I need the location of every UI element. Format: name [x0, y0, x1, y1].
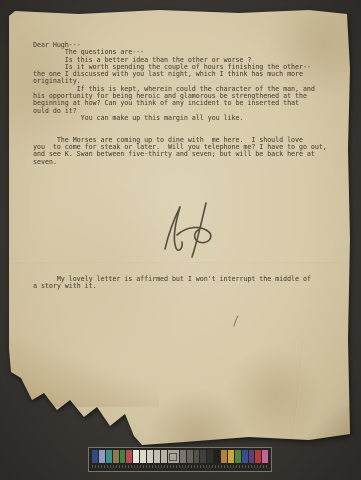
scanned-letter-page: Dear Hugh--- The questions are--- Is thi… — [0, 0, 361, 480]
color-patch — [92, 450, 98, 463]
stray-pen-mark-icon — [231, 315, 241, 327]
paper-shadow-wrap: Dear Hugh--- The questions are--- Is thi… — [9, 9, 350, 447]
color-patch — [154, 450, 160, 463]
color-patch — [221, 450, 227, 463]
color-patch — [126, 450, 132, 463]
color-patch — [99, 450, 105, 463]
color-patch — [161, 450, 167, 463]
color-calibration-strip — [88, 447, 272, 472]
torn-edge-shading — [9, 337, 159, 407]
letter-paper: Dear Hugh--- The questions are--- Is thi… — [9, 9, 350, 447]
color-patch — [194, 450, 200, 463]
strip-caption-marks — [92, 465, 268, 468]
color-patch — [228, 450, 234, 463]
color-patch — [255, 450, 261, 463]
registration-glyph — [169, 453, 177, 461]
folded-corner-shading — [302, 407, 350, 443]
color-patch — [249, 450, 255, 463]
registration-target-patch — [168, 450, 179, 463]
color-patch-row — [92, 450, 268, 463]
color-patch — [235, 450, 241, 463]
color-patch — [214, 450, 220, 463]
color-patch — [140, 450, 146, 463]
color-patch — [262, 450, 268, 463]
color-patch — [120, 450, 126, 463]
handwritten-signature-icon — [153, 201, 225, 263]
color-patch — [200, 450, 206, 463]
color-patch — [106, 450, 112, 463]
color-patch — [147, 450, 153, 463]
color-patch — [113, 450, 119, 463]
color-patch — [207, 450, 213, 463]
color-patch — [133, 450, 139, 463]
color-patch — [242, 450, 248, 463]
color-patch — [180, 450, 186, 463]
color-patch — [187, 450, 193, 463]
